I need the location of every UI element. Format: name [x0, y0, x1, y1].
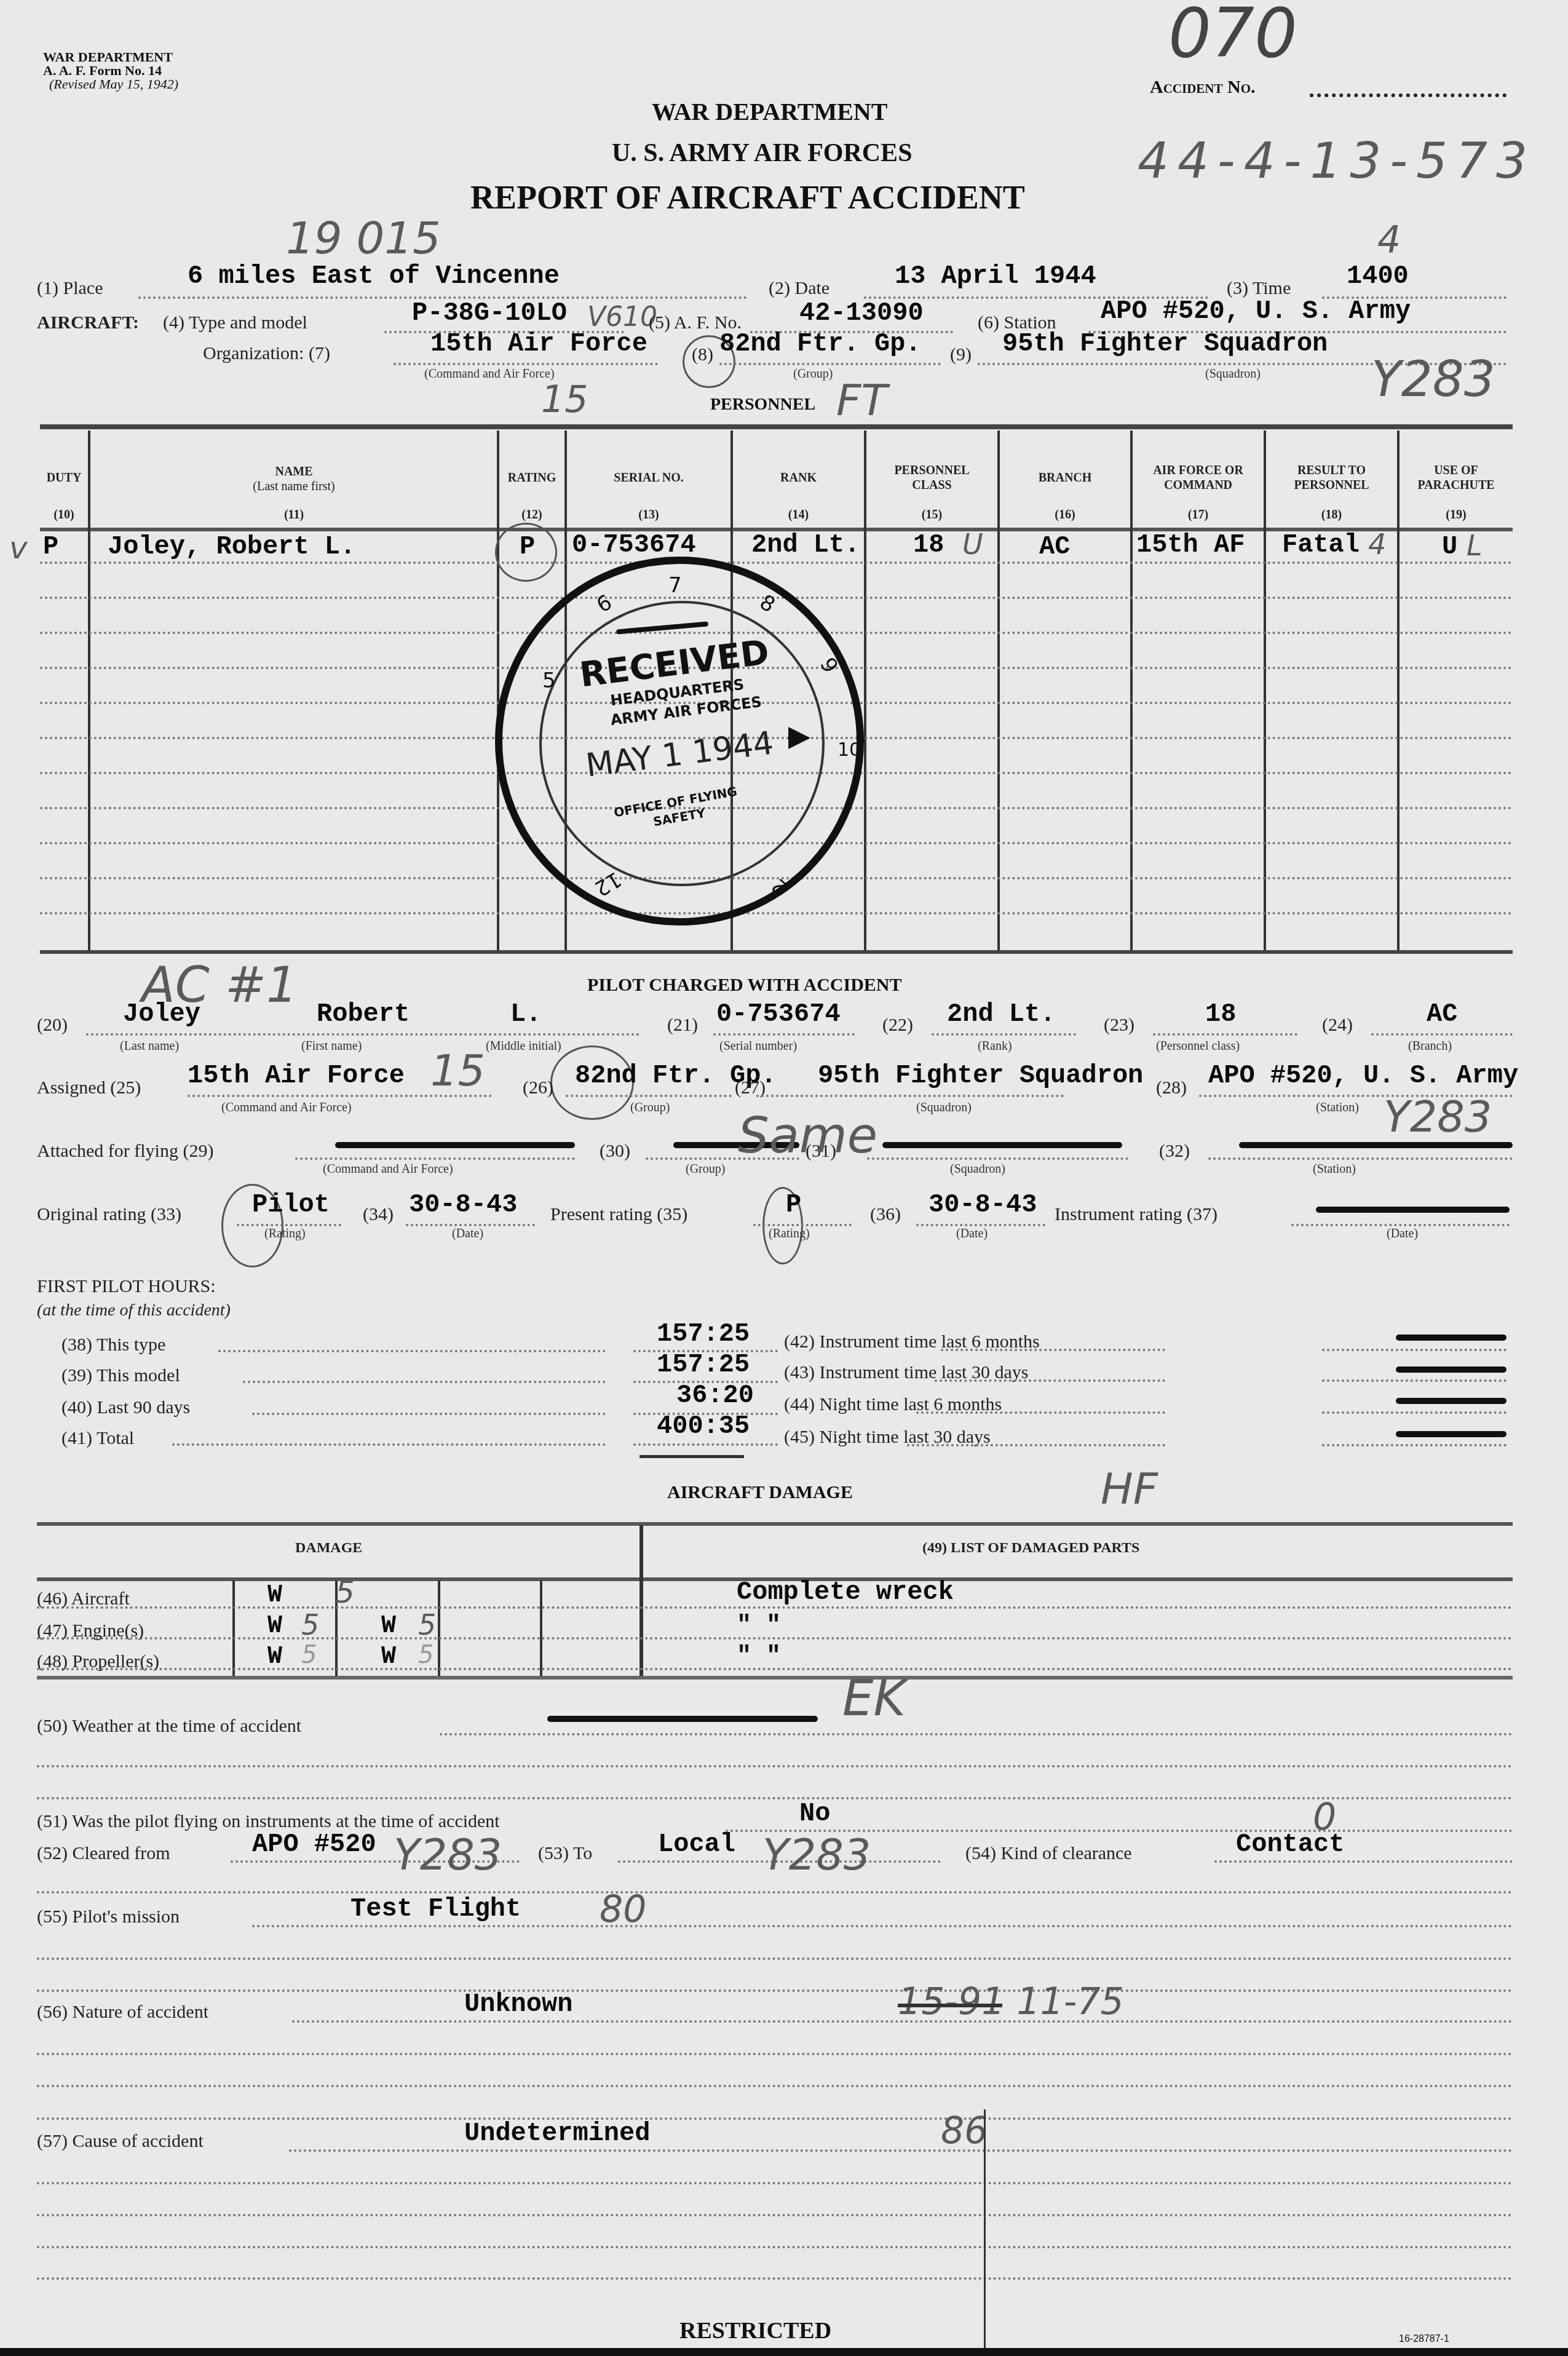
parachute-annotation: L	[1467, 529, 1483, 562]
col-header-duty: DUTY (10)	[40, 470, 88, 522]
damage-label: (47) Engine(s)	[37, 1620, 144, 1641]
blank-line	[37, 2117, 1513, 2120]
group-label: (8)	[692, 344, 713, 365]
col-header-serial: SERIAL NO. (13)	[567, 470, 731, 522]
result-annotation: 4	[1368, 528, 1386, 561]
weather-annotation: EK	[842, 1670, 906, 1727]
organization-value[interactable]: 15th Air Force	[430, 329, 647, 359]
cell-rating[interactable]: P	[520, 532, 535, 561]
attached-group-label: (30)	[600, 1141, 630, 1162]
accident-no-label: Accident No.	[1150, 77, 1256, 98]
blank-line	[37, 1989, 1513, 1992]
col-num: (16)	[1000, 507, 1130, 522]
form-id-block: WAR DEPARTMENT A. A. F. Form No. 14 (Rev…	[43, 50, 178, 91]
class-sub: (Personnel class)	[1156, 1039, 1240, 1053]
present-date-underline	[916, 1224, 1045, 1226]
original-rating-value[interactable]: Pilot	[252, 1190, 330, 1220]
clearance-underline	[1214, 1860, 1513, 1863]
attached-annotation: Same	[738, 1107, 877, 1164]
hours-leader	[935, 1379, 1165, 1382]
hours-dash	[1396, 1431, 1507, 1437]
col-header-branch: BRANCH (16)	[1000, 470, 1130, 522]
damage-c1[interactable]: W	[267, 1643, 282, 1671]
page-bottom-edge	[0, 2348, 1568, 2356]
organization-underline	[394, 363, 658, 365]
squadron-annotation: Y283	[1371, 351, 1495, 408]
damage-parts[interactable]: Complete wreck	[737, 1577, 954, 1607]
original-rating-sub: (Rating)	[264, 1227, 306, 1241]
branch-sub: (Branch)	[1408, 1039, 1452, 1053]
present-rating-value[interactable]: P	[786, 1190, 801, 1220]
damage-c1-note: 5	[301, 1641, 317, 1669]
present-date-sub: (Date)	[956, 1227, 988, 1241]
attached-squadron-sub: (Squadron)	[950, 1162, 1005, 1176]
squadron-sub: (Squadron)	[1205, 367, 1261, 381]
hours-dash	[1396, 1398, 1507, 1404]
col-num: (15)	[866, 507, 997, 522]
assigned-command-value[interactable]: 15th Air Force	[188, 1061, 405, 1090]
col-label: NAME	[91, 464, 497, 479]
last-name-label: (20)	[37, 1015, 68, 1036]
col-label: USE OF PARACHUTE	[1400, 463, 1513, 493]
hours-label: (39) This model	[61, 1365, 180, 1386]
hours-value[interactable]: 157:25	[657, 1350, 750, 1379]
group-sub: (Group)	[793, 367, 833, 381]
damage-divider	[639, 1525, 643, 1676]
squadron-value[interactable]: 95th Fighter Squadron	[1002, 329, 1328, 359]
assigned-group-label: (26)	[523, 1077, 553, 1098]
hours-leader	[916, 1411, 1165, 1414]
first-name-sub: (First name)	[301, 1039, 362, 1053]
to-label: (53) To	[538, 1843, 592, 1864]
pilot-name-underline	[86, 1033, 639, 1036]
orig-date-underline	[406, 1224, 535, 1226]
col-divider	[88, 430, 90, 950]
cell-duty[interactable]: P	[43, 532, 58, 561]
cause-underline	[289, 2149, 1513, 2152]
personnel-table-top	[40, 424, 1513, 429]
class-annotation: U	[962, 528, 983, 561]
file-number-handwritten: 070	[1168, 0, 1297, 73]
col-label: RESULT TO PERSONNEL	[1266, 463, 1397, 493]
damage-header: DAMAGE	[295, 1541, 362, 1555]
received-stamp: 5 6 7 8 9 10 2 12 RECEIVED HEADQUARTERS …	[495, 557, 864, 926]
organization-annotation: 15	[541, 378, 588, 421]
branch-underline	[1371, 1033, 1513, 1036]
damage-parts[interactable]: " "	[737, 1643, 781, 1671]
damage-col	[540, 1581, 542, 1676]
attached-station-label: (32)	[1159, 1141, 1190, 1162]
stamp-ring-9: 9	[815, 654, 842, 678]
cell-rank[interactable]: 2nd Lt.	[751, 530, 860, 560]
station-value[interactable]: APO #520, U. S. Army	[1101, 296, 1411, 326]
hours-leader	[243, 1381, 606, 1383]
assigned-squadron-sub: (Squadron)	[916, 1101, 972, 1115]
cell-result[interactable]: Fatal	[1282, 530, 1360, 560]
cell-command[interactable]: 15th AF	[1136, 530, 1245, 560]
blank-line	[37, 2277, 1513, 2280]
hours-leader	[941, 1349, 1165, 1351]
middle-initial-sub: (Middle initial)	[486, 1039, 561, 1053]
hours-dash	[1396, 1366, 1507, 1373]
place-label: (1) Place	[37, 278, 103, 299]
hours-label: (38) This type	[61, 1335, 165, 1355]
attached-squadron-underline	[867, 1157, 1128, 1160]
col-header-class: PERSONNEL CLASS (15)	[866, 463, 997, 522]
last-name-sub: (Last name)	[120, 1039, 179, 1053]
col-header-rank: RANK (14)	[733, 470, 864, 522]
squadron-label: (9)	[950, 344, 972, 365]
attached-station-sub: (Station)	[1313, 1162, 1356, 1176]
class-underline	[1153, 1033, 1297, 1036]
stamp-arrow-icon	[788, 727, 810, 749]
cell-class[interactable]: 18	[913, 530, 944, 560]
present-rating-underline	[753, 1224, 852, 1226]
nature-value[interactable]: Unknown	[464, 1989, 572, 2019]
hours-leader	[172, 1443, 606, 1446]
serial-sub: (Serial number)	[719, 1039, 797, 1053]
assigned-squadron-underline	[756, 1095, 1064, 1097]
to-value[interactable]: Local	[658, 1830, 735, 1859]
attached-station-underline	[1208, 1157, 1513, 1160]
date-label: (2) Date	[769, 278, 830, 299]
pilot-hours-title: FIRST PILOT HOURS:	[37, 1276, 216, 1297]
damage-c1[interactable]: W	[267, 1612, 282, 1640]
time-label: (3) Time	[1227, 278, 1291, 299]
instrument-rating-dash	[1316, 1207, 1510, 1213]
classification-label: RESTRICTED	[679, 2317, 831, 2344]
assigned-group-underline	[566, 1095, 732, 1097]
last-name-value[interactable]: Joley	[123, 999, 200, 1029]
hours-label: (41) Total	[61, 1428, 134, 1449]
present-rating-label: Present rating (35)	[550, 1204, 687, 1225]
damage-c2-note: 5	[418, 1641, 434, 1669]
blank-line	[37, 1765, 1513, 1767]
middle-initial-value[interactable]: L.	[510, 999, 541, 1029]
col-num: (17)	[1133, 507, 1264, 522]
date-value[interactable]: 13 April 1944	[895, 261, 1096, 291]
col-num: (13)	[567, 507, 731, 522]
blank-line	[37, 2214, 1513, 2216]
col-label: SERIAL NO.	[567, 470, 731, 485]
damage-c1[interactable]: W	[267, 1582, 282, 1609]
serial-underline	[713, 1033, 855, 1036]
col-num: (10)	[40, 507, 88, 522]
instrument-rating-sub: (Date)	[1387, 1227, 1418, 1241]
header-line2: U. S. ARMY AIR FORCES	[612, 138, 913, 168]
instrument-rating-underline	[1291, 1224, 1510, 1226]
cleared-from-label: (52) Cleared from	[37, 1843, 170, 1864]
duty-annotation: v	[9, 530, 28, 566]
serial-value[interactable]: 0-753674	[716, 999, 841, 1029]
col-label: RANK	[733, 470, 864, 485]
assigned-station-label: (28)	[1156, 1077, 1187, 1098]
page-title: REPORT OF AIRCRAFT ACCIDENT	[470, 178, 1025, 216]
type-model-label: (4) Type and model	[163, 312, 307, 333]
hours-underline	[1322, 1379, 1507, 1382]
assigned-annotation: 15	[430, 1045, 485, 1096]
cell-branch[interactable]: AC	[1039, 532, 1070, 561]
assigned-station-sub: (Station)	[1316, 1101, 1359, 1115]
cell-serial[interactable]: 0-753674	[572, 530, 696, 560]
stamp-ring-10: 10	[837, 739, 861, 761]
time-annotation: 4	[1377, 218, 1401, 261]
damage-col	[232, 1581, 235, 1676]
assigned-label: Assigned (25)	[37, 1077, 141, 1098]
col-header-result: RESULT TO PERSONNEL (18)	[1266, 463, 1397, 522]
attached-station-dash	[1239, 1142, 1513, 1148]
fold-line	[984, 2109, 986, 2356]
parts-header: (49) LIST OF DAMAGED PARTS	[922, 1541, 1139, 1555]
aircraft-damage-title: AIRCRAFT DAMAGE	[667, 1482, 853, 1503]
accident-no-handwritten: 44-4-13-573	[1138, 132, 1536, 189]
present-date-value[interactable]: 30-8-43	[929, 1190, 1037, 1220]
col-sub: (Last name first)	[91, 479, 497, 494]
cause-annotation: 86	[941, 2109, 988, 2152]
col-label: DUTY	[40, 470, 88, 485]
hours-dash	[1396, 1335, 1507, 1341]
cell-name[interactable]: Joley, Robert L.	[108, 532, 355, 561]
attached-command-sub: (Command and Air Force)	[323, 1162, 453, 1176]
blank-line	[37, 1797, 1513, 1799]
blank-line	[37, 2182, 1513, 2184]
to-annotation: Y283	[762, 1830, 871, 1880]
class-label: (23)	[1104, 1015, 1134, 1036]
orig-date-sub: (Date)	[452, 1227, 483, 1241]
aircraft-damage-annotation: HF	[1101, 1464, 1158, 1514]
hours-underline	[1322, 1349, 1507, 1351]
orig-date-value[interactable]: 30-8-43	[409, 1190, 517, 1220]
organization-sub: (Command and Air Force)	[424, 367, 555, 381]
original-rating-label: Original rating (33)	[37, 1204, 181, 1225]
place-value[interactable]: 6 miles East of Vincenne	[188, 261, 560, 291]
branch-value[interactable]: AC	[1427, 999, 1457, 1029]
hours-value[interactable]: 400:35	[657, 1411, 750, 1441]
type-model-annotation: V610	[587, 301, 657, 333]
damage-table-bottom	[37, 1676, 1513, 1680]
col-label: RATING	[499, 470, 564, 485]
cleared-from-value[interactable]: APO #520	[252, 1830, 376, 1859]
blank-line	[37, 1957, 1513, 1960]
nature-annotation: 15-91 11-75	[898, 1980, 1124, 2023]
col-num: (11)	[91, 507, 497, 522]
damage-c1-note: 5	[301, 1608, 319, 1641]
attached-group-sub: (Group)	[686, 1162, 725, 1176]
group-value[interactable]: 82nd Ftr. Gp.	[719, 329, 921, 359]
annotation-top: 19 015	[286, 212, 441, 264]
cause-label: (57) Cause of accident	[37, 2131, 204, 2152]
hours-underline	[1322, 1411, 1507, 1414]
hours-value[interactable]: 157:25	[657, 1319, 750, 1349]
nature-label: (56) Nature of accident	[37, 2002, 208, 2023]
col-header-parachute: USE OF PARACHUTE (19)	[1400, 463, 1513, 522]
rank-label: (22)	[882, 1015, 913, 1036]
stamp-ring-8: 8	[755, 590, 779, 617]
cell-parachute[interactable]: U	[1442, 532, 1457, 561]
cleared-from-annotation: Y283	[394, 1830, 502, 1880]
orig-date-label: (34)	[363, 1204, 394, 1225]
hours-underline	[633, 1443, 778, 1446]
hours-leader	[218, 1350, 606, 1352]
col-label: PERSONNEL CLASS	[866, 463, 997, 493]
first-name-value[interactable]: Robert	[317, 999, 410, 1029]
blank-line	[37, 2085, 1513, 2087]
stamp-ring-7: 7	[668, 573, 682, 598]
attached-command-dash	[335, 1142, 575, 1148]
col-header-name: NAME (Last name first) (11)	[91, 464, 497, 522]
col-num: (12)	[499, 507, 564, 522]
form-dept: WAR DEPARTMENT	[43, 50, 178, 64]
col-num: (18)	[1266, 507, 1397, 522]
hours-leader	[907, 1444, 1165, 1446]
print-code: 16-28787-1	[1399, 2334, 1449, 2345]
row-line	[40, 561, 1513, 564]
blank-line	[37, 2053, 1513, 2055]
cause-value[interactable]: Undetermined	[464, 2119, 650, 2148]
damage-c2-note: 5	[418, 1608, 436, 1641]
nature-strike	[898, 2004, 1002, 2007]
pilot-hours-subtitle: (at the time of this accident)	[37, 1301, 231, 1320]
present-rating-sub: (Rating)	[769, 1227, 810, 1241]
original-rating-underline	[237, 1224, 341, 1226]
total-double-underline	[639, 1455, 744, 1458]
rank-sub: (Rank)	[978, 1039, 1012, 1053]
damage-c1-note: 5	[335, 1574, 355, 1610]
col-label: BRANCH	[1000, 470, 1130, 485]
damage-col	[438, 1581, 440, 1676]
personnel-label: PERSONNEL	[710, 395, 815, 414]
col-header-command: AIR FORCE OR COMMAND (17)	[1133, 463, 1264, 522]
assigned-group-sub: (Group)	[630, 1101, 670, 1115]
clearance-label: (54) Kind of clearance	[965, 1843, 1132, 1864]
weather-label: (50) Weather at the time of accident	[37, 1716, 301, 1737]
mission-label: (55) Pilot's mission	[37, 1906, 180, 1927]
stamp-ring-6: 6	[592, 590, 616, 617]
damage-label: (48) Propeller(s)	[37, 1651, 159, 1672]
col-header-rating: RATING (12)	[499, 470, 564, 522]
pilot-charged-title: PILOT CHARGED WITH ACCIDENT	[587, 975, 902, 996]
group-underline	[719, 363, 941, 365]
hours-value[interactable]: 36:20	[676, 1381, 754, 1410]
col-num: (19)	[1400, 507, 1513, 522]
damage-parts[interactable]: " "	[737, 1612, 781, 1640]
damage-label: (46) Aircraft	[37, 1589, 130, 1609]
weather-underline	[440, 1733, 1513, 1735]
hours-label: (40) Last 90 days	[61, 1397, 190, 1418]
time-value[interactable]: 1400	[1347, 261, 1409, 291]
branch-label: (24)	[1322, 1015, 1353, 1036]
assigned-station-annotation: Y283	[1384, 1092, 1492, 1142]
mission-annotation: 80	[600, 1888, 646, 1931]
damage-table-top	[37, 1522, 1513, 1526]
personnel-annotation: FT	[836, 375, 887, 426]
personnel-table-bottom	[40, 950, 1513, 954]
attached-label: Attached for flying (29)	[37, 1141, 213, 1162]
class-value[interactable]: 18	[1205, 999, 1236, 1029]
instrument-rating-label: Instrument rating (37)	[1055, 1204, 1218, 1225]
af-no-value[interactable]: 42-13090	[799, 298, 924, 328]
form-revised: (Revised May 15, 1942)	[43, 77, 178, 91]
attached-squadron-dash	[882, 1142, 1122, 1148]
hours-leader	[252, 1413, 606, 1415]
stamp-ring-2: 2	[767, 873, 793, 901]
aircraft-label: AIRCRAFT:	[37, 312, 139, 333]
damage-c2[interactable]: W	[381, 1643, 396, 1671]
col-label: AIR FORCE OR COMMAND	[1133, 463, 1264, 493]
stamp-ring-5: 5	[542, 668, 556, 693]
accident-no-field[interactable]	[1310, 93, 1507, 97]
instruments-value[interactable]: No	[799, 1799, 830, 1828]
form-number: A. A. F. Form No. 14	[43, 64, 178, 77]
present-date-label: (36)	[870, 1204, 901, 1225]
hours-underline	[1322, 1444, 1507, 1446]
row-line	[40, 912, 1513, 914]
type-model-value[interactable]: P-38G-10LO	[412, 298, 567, 328]
damage-c2[interactable]: W	[381, 1612, 396, 1640]
assigned-squadron-value[interactable]: 95th Fighter Squadron	[818, 1061, 1143, 1090]
attached-command-underline	[295, 1157, 575, 1160]
mission-value[interactable]: Test Flight	[350, 1894, 521, 1924]
col-num: (14)	[733, 507, 864, 522]
blank-line	[37, 1891, 1513, 1894]
assigned-command-sub: (Command and Air Force)	[221, 1101, 352, 1115]
rank-value[interactable]: 2nd Lt.	[947, 999, 1055, 1029]
serial-label: (21)	[667, 1015, 698, 1036]
blank-line	[37, 2246, 1513, 2248]
header-line1: WAR DEPARTMENT	[652, 97, 887, 126]
clearance-value[interactable]: Contact	[1236, 1830, 1344, 1859]
rank-underline	[932, 1033, 1076, 1036]
weather-value-dash[interactable]	[547, 1716, 818, 1722]
instruments-label: (51) Was the pilot flying on instruments…	[37, 1811, 500, 1832]
mission-underline	[252, 1925, 1513, 1927]
assigned-station-value[interactable]: APO #520, U. S. Army	[1208, 1061, 1518, 1090]
organization-label: Organization: (7)	[203, 343, 330, 364]
